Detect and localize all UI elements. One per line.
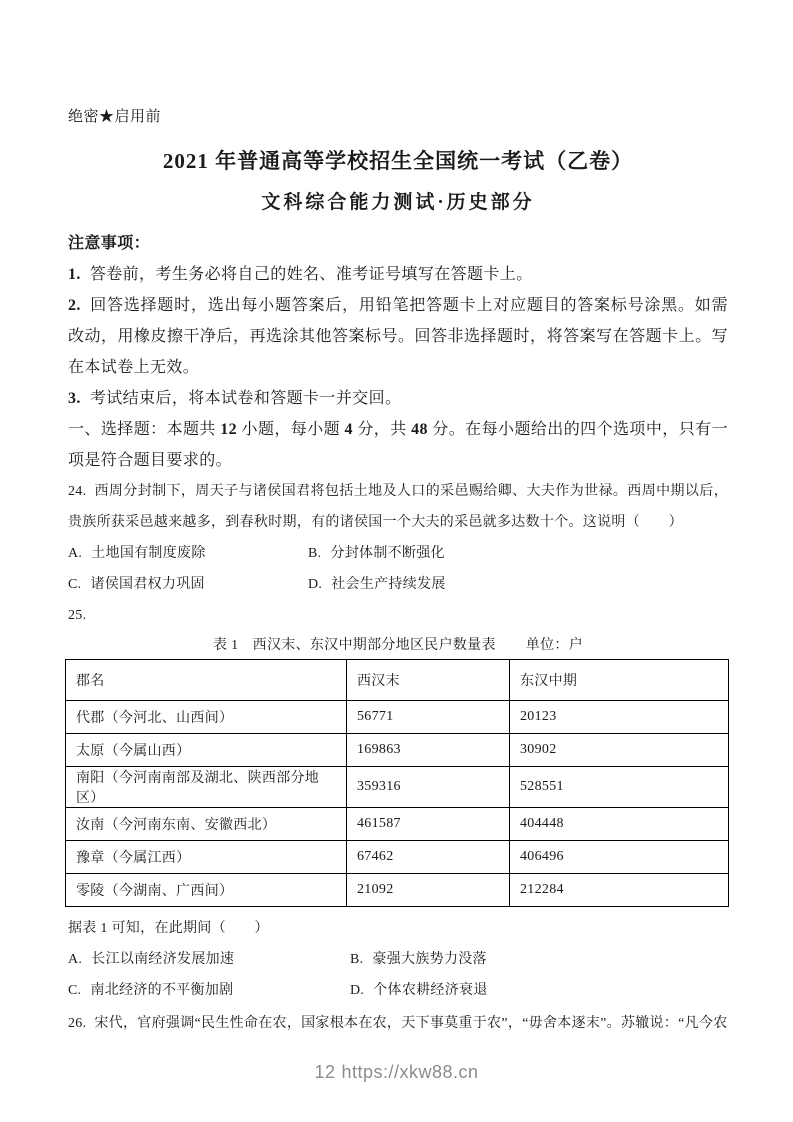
table-cell: 零陵（今湖南、广西间） — [66, 874, 347, 907]
note-1-text: 答卷前，考生务必将自己的姓名、准考证号填写在答题卡上。 — [90, 266, 533, 283]
table-cell: 21092 — [347, 874, 510, 907]
option-24-C-text: 诸侯国君权力巩固 — [90, 577, 204, 592]
page-content: 绝密★启用前 2021 年普通高等学校招生全国统一考试（乙卷） 文科综合能力测试… — [0, 0, 793, 1039]
table-row: 汝南（今河南东南、安徽西北） 461587 404448 — [66, 808, 729, 841]
table-cell: 56771 — [347, 701, 510, 734]
question-25-prompt: 据表 1 可知，在此期间（ ） — [68, 913, 728, 944]
note-item-2: 2.回答选择题时，选出每小题答案后，用铅笔把答题卡上对应题目的答案标号涂黑。如需… — [68, 290, 728, 383]
question-25-number: 25. — [68, 600, 728, 631]
table-cell: 汝南（今河南东南、安徽西北） — [66, 808, 347, 841]
note-3-number: 3. — [68, 390, 81, 407]
option-25-C-text: 南北经济的不平衡加剧 — [90, 983, 233, 998]
option-24-A-label: A. — [68, 546, 82, 561]
option-24-B-text: 分封体制不断强化 — [330, 546, 444, 561]
question-24-number: 24. — [68, 484, 86, 499]
table-cell: 太原（今属山西） — [66, 734, 347, 767]
table-row: 南阳（今河南南部及湖北、陕西部分地区） 359316 528551 — [66, 767, 729, 808]
option-24-A: A.土地国有制度废除 — [68, 538, 308, 569]
exam-subtitle: 文科综合能力测试·历史部分 — [68, 190, 728, 216]
question-26-stem: 26.宋代，官府强调“民生性命在农，国家根本在农，天下事莫重于农”，“毋舍本逐末… — [68, 1008, 728, 1039]
table-row: 豫章（今属江西） 67462 406496 — [66, 841, 729, 874]
option-24-B-label: B. — [308, 546, 321, 561]
secrecy-label: 绝密★启用前 — [68, 0, 728, 128]
question-25: 25. 表 1 西汉末、东汉中期部分地区民户数量表单位：户 郡名 西汉末 东汉中… — [68, 600, 728, 1006]
question-24-stem: 24.西周分封制下，周天子与诸侯国君将包括土地及人口的采邑赐给卿、大夫作为世禄。… — [68, 476, 728, 538]
table-cell: 406496 — [510, 841, 729, 874]
table-cell: 404448 — [510, 808, 729, 841]
table-cell: 20123 — [510, 701, 729, 734]
note-2-text: 回答选择题时，选出每小题答案后，用铅笔把答题卡上对应题目的答案标号涂黑。如需改动… — [68, 297, 728, 376]
option-25-A: A.长江以南经济发展加速 — [68, 944, 350, 975]
note-item-1: 1.答卷前，考生务必将自己的姓名、准考证号填写在答题卡上。 — [68, 259, 728, 290]
note-2-number: 2. — [68, 297, 81, 314]
table-header-row: 郡名 西汉末 东汉中期 — [66, 660, 729, 701]
option-25-B-label: B. — [350, 952, 363, 967]
page-number: 12 — [314, 1062, 335, 1082]
exam-title: 2021 年普通高等学校招生全国统一考试（乙卷） — [68, 146, 728, 176]
question-26-stem-text: 宋代，官府强调“民生性命在农，国家根本在农，天下事莫重于农”，“毋舍本逐末”。苏… — [94, 1016, 727, 1031]
table-header-commandery: 郡名 — [66, 660, 347, 701]
table-cell: 359316 — [347, 767, 510, 808]
question-24-options-row-1: A.土地国有制度废除 B.分封体制不断强化 — [68, 538, 728, 569]
table-caption-text: 表 1 西汉末、东汉中期部分地区民户数量表 — [213, 638, 496, 653]
table-caption: 表 1 西汉末、东汉中期部分地区民户数量表单位：户 — [68, 633, 728, 659]
question-24: 24.西周分封制下，周天子与诸侯国君将包括土地及人口的采邑赐给卿、大夫作为世禄。… — [68, 476, 728, 600]
exam-paper-page: 绝密★启用前 2021 年普通高等学校招生全国统一考试（乙卷） 文科综合能力测试… — [0, 0, 793, 1122]
note-3-text: 考试结束后，将本试卷和答题卡一并交回。 — [90, 390, 402, 407]
option-24-C: C.诸侯国君权力巩固 — [68, 569, 308, 600]
household-count-table: 郡名 西汉末 东汉中期 代郡（今河北、山西间） 56771 20123 太原（今… — [65, 659, 729, 907]
note-1-number: 1. — [68, 266, 81, 283]
table-cell: 豫章（今属江西） — [66, 841, 347, 874]
table-cell: 南阳（今河南南部及湖北、陕西部分地区） — [66, 767, 347, 808]
option-25-D-text: 个体农耕经济衰退 — [373, 983, 487, 998]
table-row: 零陵（今湖南、广西间） 21092 212284 — [66, 874, 729, 907]
table-cell: 67462 — [347, 841, 510, 874]
question-24-options: A.土地国有制度废除 B.分封体制不断强化 C.诸侯国君权力巩固 D.社会生产持… — [68, 538, 728, 600]
option-24-C-label: C. — [68, 577, 81, 592]
page-footer: 12https://xkw88.cn — [0, 1060, 793, 1084]
option-24-D: D.社会生产持续发展 — [308, 569, 446, 600]
table-cell: 212284 — [510, 874, 729, 907]
table-row: 太原（今属山西） 169863 30902 — [66, 734, 729, 767]
option-25-D: D.个体农耕经济衰退 — [350, 975, 488, 1006]
table-cell: 461587 — [347, 808, 510, 841]
note-item-3: 3.考试结束后，将本试卷和答题卡一并交回。 — [68, 383, 728, 414]
table-row: 代郡（今河北、山西间） 56771 20123 — [66, 701, 729, 734]
notes-section: 注意事项： 1.答卷前，考生务必将自己的姓名、准考证号填写在答题卡上。 2.回答… — [68, 228, 728, 414]
table-cell: 30902 — [510, 734, 729, 767]
question-25-options-row-1: A.长江以南经济发展加速 B.豪强大族势力没落 — [68, 944, 728, 975]
option-25-C: C.南北经济的不平衡加剧 — [68, 975, 350, 1006]
question-25-options-row-2: C.南北经济的不平衡加剧 D.个体农耕经济衰退 — [68, 975, 728, 1006]
footer-url: https://xkw88.cn — [341, 1062, 478, 1082]
question-24-options-row-2: C.诸侯国君权力巩固 D.社会生产持续发展 — [68, 569, 728, 600]
option-24-A-text: 土地国有制度废除 — [91, 546, 205, 561]
option-24-D-label: D. — [308, 577, 322, 592]
table-cell: 169863 — [347, 734, 510, 767]
section-heading: 一、选择题：本题共 12 小题，每小题 4 分，共 48 分。在每小题给出的四个… — [68, 414, 728, 476]
option-25-C-label: C. — [68, 983, 81, 998]
table-cell: 代郡（今河北、山西间） — [66, 701, 347, 734]
option-24-B: B.分封体制不断强化 — [308, 538, 445, 569]
question-25-options: A.长江以南经济发展加速 B.豪强大族势力没落 C.南北经济的不平衡加剧 D.个… — [68, 944, 728, 1006]
table-cell: 528551 — [510, 767, 729, 808]
option-25-A-label: A. — [68, 952, 82, 967]
table-header-western-han: 西汉末 — [347, 660, 510, 701]
notes-heading: 注意事项： — [68, 228, 728, 259]
option-25-B: B.豪强大族势力没落 — [350, 944, 487, 975]
table-unit-label: 单位：户 — [526, 638, 583, 653]
question-24-stem-text: 西周分封制下，周天子与诸侯国君将包括土地及人口的采邑赐给卿、大夫作为世禄。西周中… — [68, 484, 728, 530]
table-header-eastern-han: 东汉中期 — [510, 660, 729, 701]
option-25-D-label: D. — [350, 983, 364, 998]
option-25-B-text: 豪强大族势力没落 — [372, 952, 486, 967]
option-25-A-text: 长江以南经济发展加速 — [91, 952, 234, 967]
option-24-D-text: 社会生产持续发展 — [331, 577, 445, 592]
question-26-number: 26. — [68, 1016, 86, 1031]
